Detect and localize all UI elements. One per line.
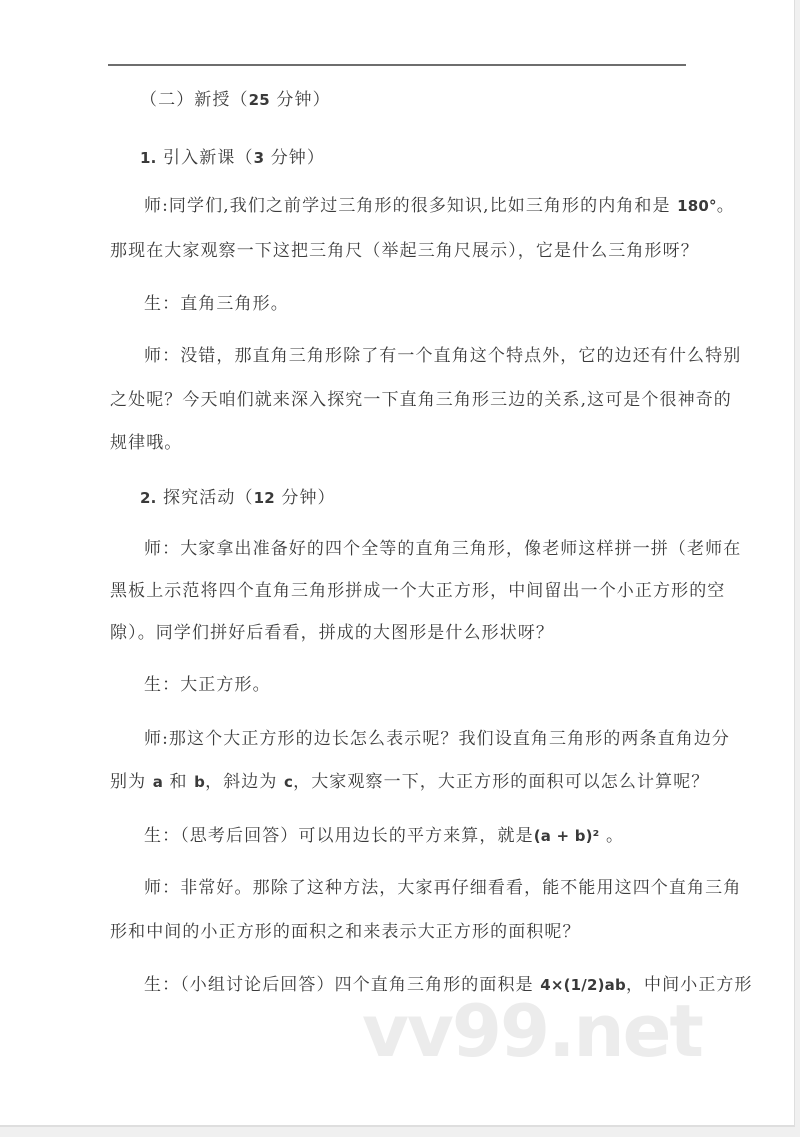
text-line: 师：没错，那直角三角形除了有一个直角这个特点外，它的边还有什么特别 [144, 345, 741, 367]
text-line: 那现在大家观察一下这把三角尺（举起三角尺展示），它是什么三角形呀？ [110, 240, 699, 262]
text-line: 生：大正方形。 [144, 674, 271, 696]
text-line: 生：（思考后回答）可以用边长的平方来算，就是(a + b)² 。 [144, 825, 624, 847]
heading-line: 1. 引入新课（3 分钟） [140, 147, 325, 169]
text-line: 生：直角三角形。 [144, 293, 289, 315]
text-line: 师：非常好。那除了这种方法，大家再仔细看看，能不能用这四个直角三角 [144, 877, 741, 899]
text-line: 师:那这个大正方形的边长怎么表示呢？我们设直角三角形的两条直角边分 [144, 728, 730, 750]
document-body: （二）新授（25 分钟）1. 引入新课（3 分钟）师:同学们,我们之前学过三角形… [0, 0, 794, 1125]
text-line: 师:同学们,我们之前学过三角形的很多知识,比如三角形的内角和是 180°。 [144, 195, 735, 217]
text-line: 师：大家拿出准备好的四个全等的直角三角形，像老师这样拼一拼（老师在 [144, 538, 741, 560]
text-line: 之处呢？今天咱们就来深入探究一下直角三角形三边的关系,这可是个很神奇的 [110, 389, 732, 411]
document-page: （二）新授（25 分钟）1. 引入新课（3 分钟）师:同学们,我们之前学过三角形… [0, 0, 795, 1127]
watermark: vv99.net [362, 995, 702, 1067]
text-line: 黑板上示范将四个直角三角形拼成一个大正方形，中间留出一个小正方形的空 [110, 580, 725, 602]
text-line: 隙）。同学们拼好后看看，拼成的大图形是什么形状呀？ [110, 622, 554, 644]
heading-line: （二）新授（25 分钟） [140, 89, 331, 111]
text-line: 形和中间的小正方形的面积之和来表示大正方形的面积呢？ [110, 921, 581, 943]
text-line: 别为 a 和 b，斜边为 c，大家观察一下，大正方形的面积可以怎么计算呢？ [110, 771, 709, 793]
heading-line: 2. 探究活动（12 分钟） [140, 487, 336, 509]
text-line: 规律哦。 [110, 432, 182, 454]
